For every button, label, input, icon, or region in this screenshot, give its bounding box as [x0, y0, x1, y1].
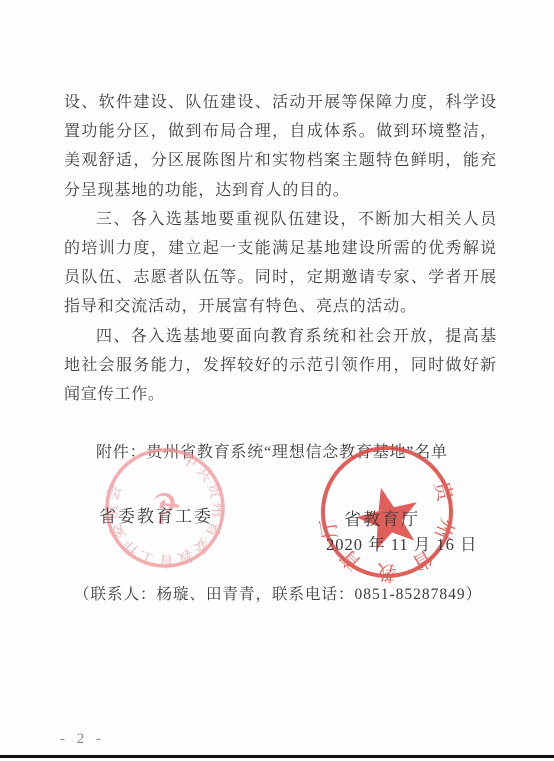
contact-line: （联系人：杨璇、田青青，联系电话：0851-85287849） [74, 582, 482, 604]
signature-date: 2020 年 11 月 16 日 [326, 531, 478, 555]
paragraph-item-three: 三、各入选基地要重视队伍建设，不断加大相关人员的培训力度，建立起一支能满足基地建… [64, 205, 497, 322]
paragraph-item-four: 四、各入选基地要面向教育系统和社会开放，提高基地社会服务能力，发挥较好的示范引领… [64, 322, 497, 410]
signature-right-org: 省教育厅 [344, 505, 420, 530]
page-number: - 2 - [60, 731, 105, 748]
signature-left-org: 省委教育工委 [99, 502, 213, 527]
paragraph-continuation: 设、软件建设、队伍建设、活动开展等保障力度，科学设置功能分区，做到布局合理，自成… [64, 88, 497, 205]
document-page: 设、软件建设、队伍建设、活动开展等保障力度，科学设置功能分区，做到布局合理，自成… [0, 0, 554, 761]
document-body: 设、软件建设、队伍建设、活动开展等保障力度，科学设置功能分区，做到布局合理，自成… [64, 88, 497, 468]
scan-bottom-edge [0, 755, 554, 758]
